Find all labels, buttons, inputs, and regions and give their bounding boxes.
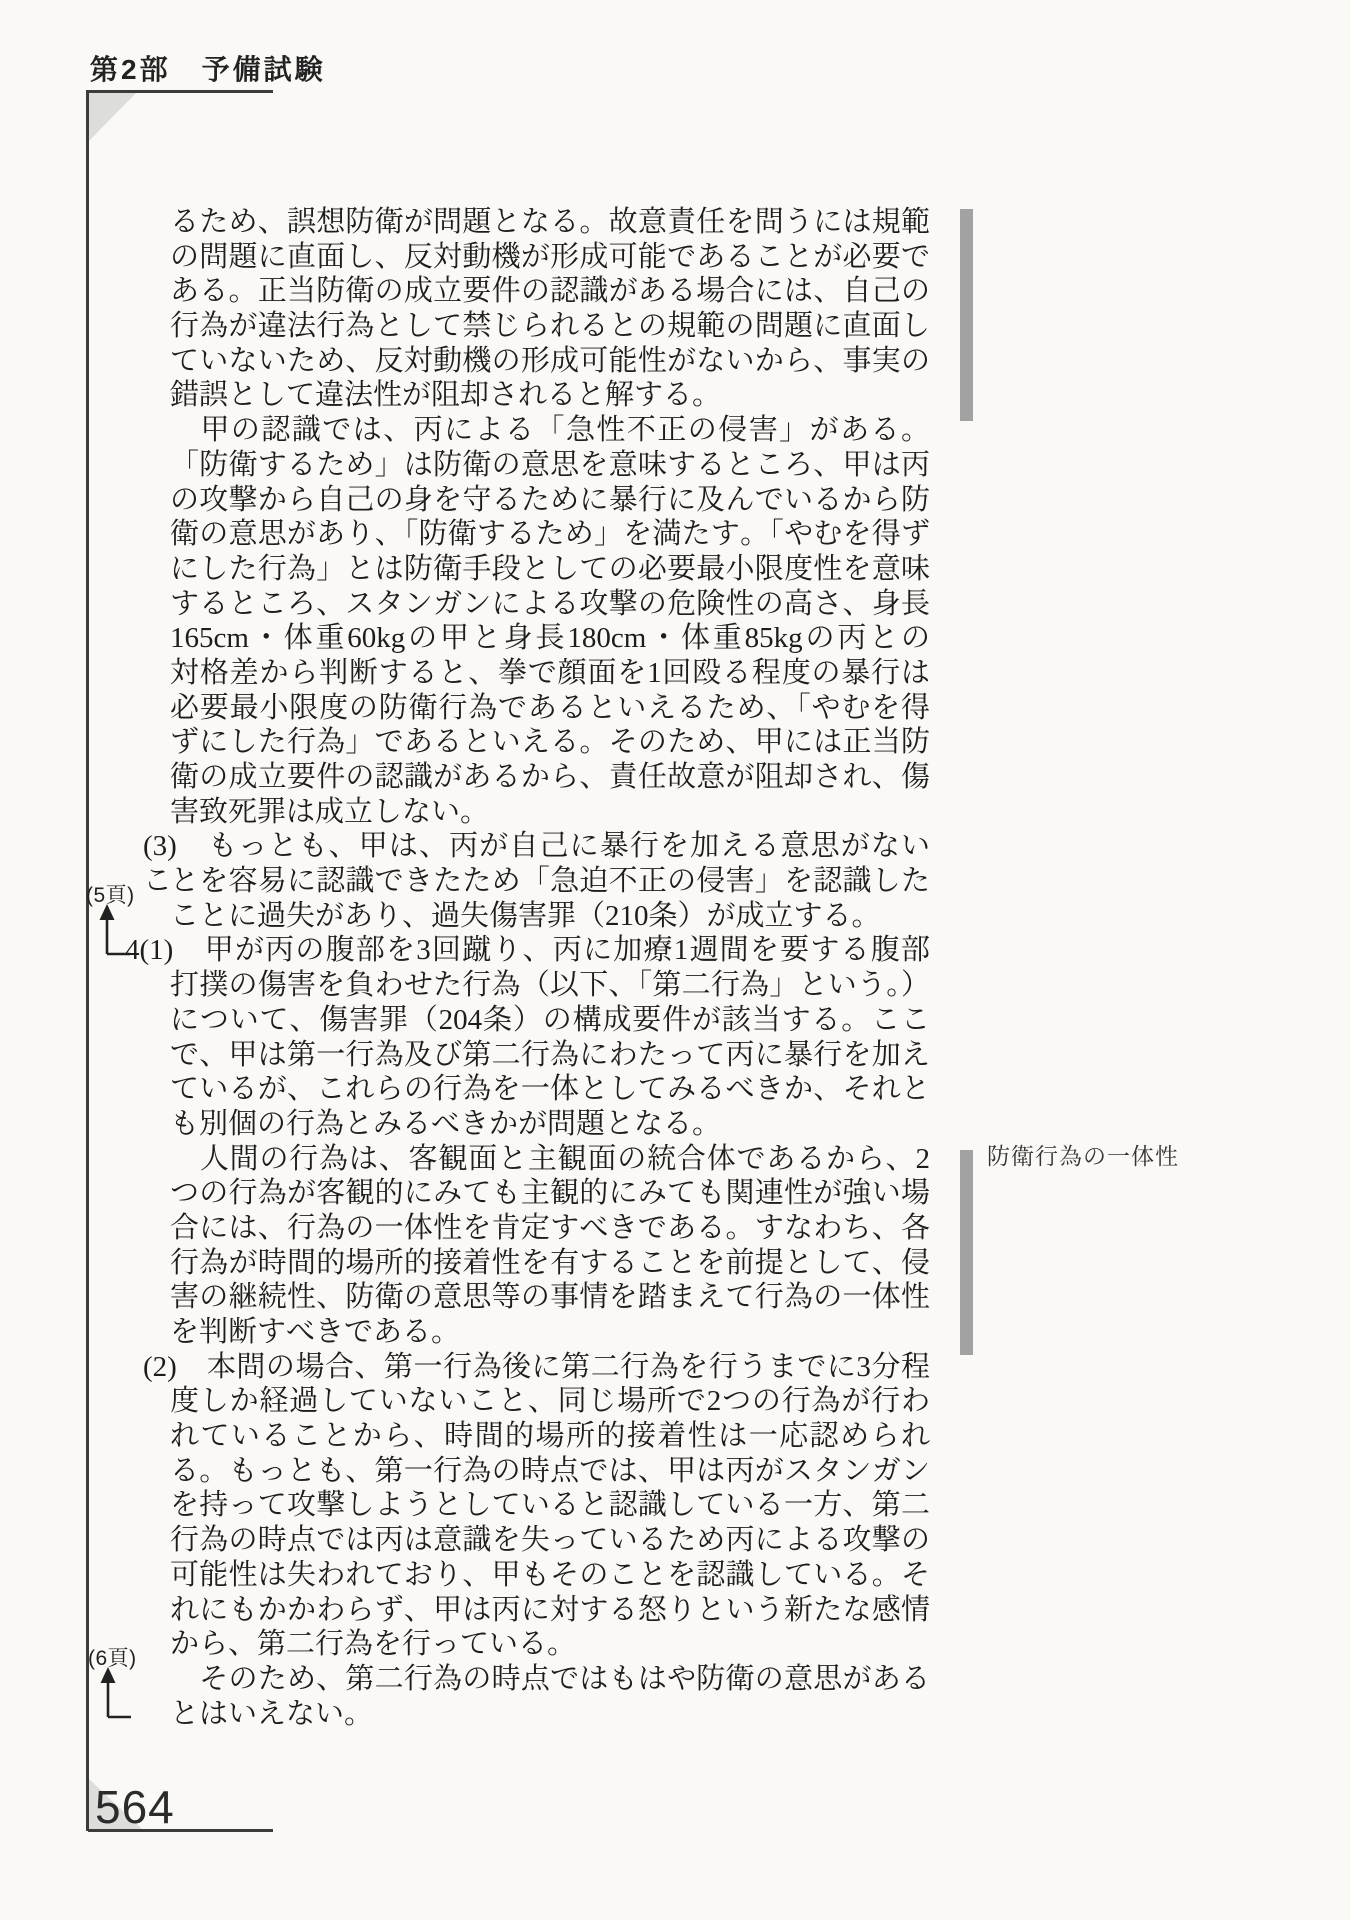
page-number: 564	[95, 1780, 175, 1834]
text-line: 行為が違法行為として禁じられるとの規範の問題に直面し	[170, 309, 930, 344]
text-line: するところ、スタンガンによる攻撃の危険性の高さ、身長	[170, 587, 930, 622]
text-line: ことに過失があり、過失傷害罪（210条）が成立する。	[170, 899, 930, 934]
text-line: れにもかかわらず、甲は丙に対する怒りという新たな感情	[170, 1593, 930, 1628]
text-line: から、第二行為を行っている。	[170, 1627, 930, 1662]
text-line: 165cm・体重60kgの甲と身長180cm・体重85kgの丙との	[170, 621, 930, 656]
text-line: ているが、これらの行為を一体としてみるべきか、それと	[170, 1072, 930, 1107]
text-line: について、傷害罪（204条）の構成要件が該当する。ここ	[170, 1003, 930, 1038]
text-line: 可能性は失われており、甲もそのことを認識している。そ	[170, 1558, 930, 1593]
text-line: 合には、行為の一体性を肯定すべきである。すなわち、各	[170, 1211, 930, 1246]
text-line: ていないため、反対動機の形成可能性がないから、事実の	[170, 344, 930, 379]
text-line: れていることから、時間的場所的接着性は一応認められ	[170, 1419, 930, 1454]
left-border-line	[86, 90, 89, 1831]
page6-start-arrow-icon	[97, 1666, 137, 1724]
text-line: の問題に直面し、反対動機が形成可能であることが必要で	[170, 240, 930, 275]
text-line: 害致死罪は成立しない。	[170, 795, 930, 830]
text-line: 行為の時点では丙は意識を失っているため丙による攻撃の	[170, 1523, 930, 1558]
text-line: とはいえない。	[170, 1697, 930, 1732]
text-line: の攻撃から自己の身を守るために暴行に及んでいるから防	[170, 483, 930, 518]
text-line: で、甲は第一行為及び第二行為にわたって丙に暴行を加え	[170, 1038, 930, 1073]
text-line: 度しか経過していないこと、同じ場所で2つの行為が行わ	[170, 1384, 930, 1419]
text-line: 錯誤として違法性が阻却されると解する。	[170, 378, 930, 413]
book-page: 第2部 予備試験 564 (5頁) (6頁) 防衛行為の一体性 るため、誤想防衛…	[0, 0, 1350, 1920]
text-line: 打撲の傷害を負わせた行為（以下、「第二行為」という。）	[170, 968, 930, 1003]
answer-text-column: るため、誤想防衛が問題となる。故意責任を問うには規範の問題に直面し、反対動機が形…	[170, 205, 932, 1731]
text-line: 4(1) 甲が丙の腹部を3回蹴り、丙に加療1週間を要する腹部	[125, 933, 930, 968]
norm-highlight-bar-2	[960, 1150, 973, 1355]
text-line: ずにした行為」であるといえる。そのため、甲には正当防	[170, 725, 930, 760]
text-line: るため、誤想防衛が問題となる。故意責任を問うには規範	[170, 205, 930, 240]
text-line: 「防衛するため」は防衛の意思を意味するところ、甲は丙	[170, 448, 930, 483]
norm-highlight-bar-1	[960, 209, 973, 421]
text-line: 人間の行為は、客観面と主観面の統合体であるから、2	[170, 1142, 930, 1177]
text-line: 必要最小限度の防衛行為であるといえるため、「やむを得	[170, 691, 930, 726]
text-line: 衛の成立要件の認識があるから、責任故意が阻却され、傷	[170, 760, 930, 795]
text-line: (2) 本問の場合、第一行為後に第二行為を行うまでに3分程	[143, 1350, 930, 1385]
text-line: そのため、第二行為の時点ではもはや防衛の意思がある	[170, 1662, 930, 1697]
top-corner-triangle	[89, 93, 136, 141]
text-line: つの行為が客観的にみても主観的にみても関連性が強い場	[170, 1176, 930, 1211]
text-line: を持って攻撃しようとしていると認識している一方、第二	[170, 1488, 930, 1523]
text-line: 行為が時間的場所的接着性を有することを前提として、侵	[170, 1246, 930, 1281]
text-line: とを容易に認識できたため「急迫不正の侵害」を認識した	[170, 864, 930, 899]
text-line: る。もっとも、第一行為の時点では、甲は丙がスタンガン	[170, 1454, 930, 1489]
text-line: にした行為」とは防衛手段としての必要最小限度性を意味	[170, 552, 930, 587]
text-line: を判断すべきである。	[170, 1315, 930, 1350]
text-line: も別個の行為とみるべきかが問題となる。	[170, 1107, 930, 1142]
text-line: 衛の意思があり、「防衛するため」を満たす。「やむを得ず	[170, 517, 930, 552]
text-line: 害の継続性、防衛の意思等の事情を踏まえて行為の一体性	[170, 1280, 930, 1315]
page-header: 第2部 予備試験	[90, 48, 326, 88]
text-line: ある。正当防衛の成立要件の認識がある場合には、自己の	[170, 274, 930, 309]
text-line: 甲の認識では、丙による「急性不正の侵害」がある。	[170, 413, 930, 448]
margin-note-issue: 防衛行為の一体性	[987, 1138, 1179, 1171]
text-line: 対格差から判断すると、拳で顔面を1回殴る程度の暴行は	[170, 656, 930, 691]
text-line: (3) もっとも、甲は、丙が自己に暴行を加える意思がないこ	[143, 829, 930, 864]
top-rule	[88, 90, 273, 93]
